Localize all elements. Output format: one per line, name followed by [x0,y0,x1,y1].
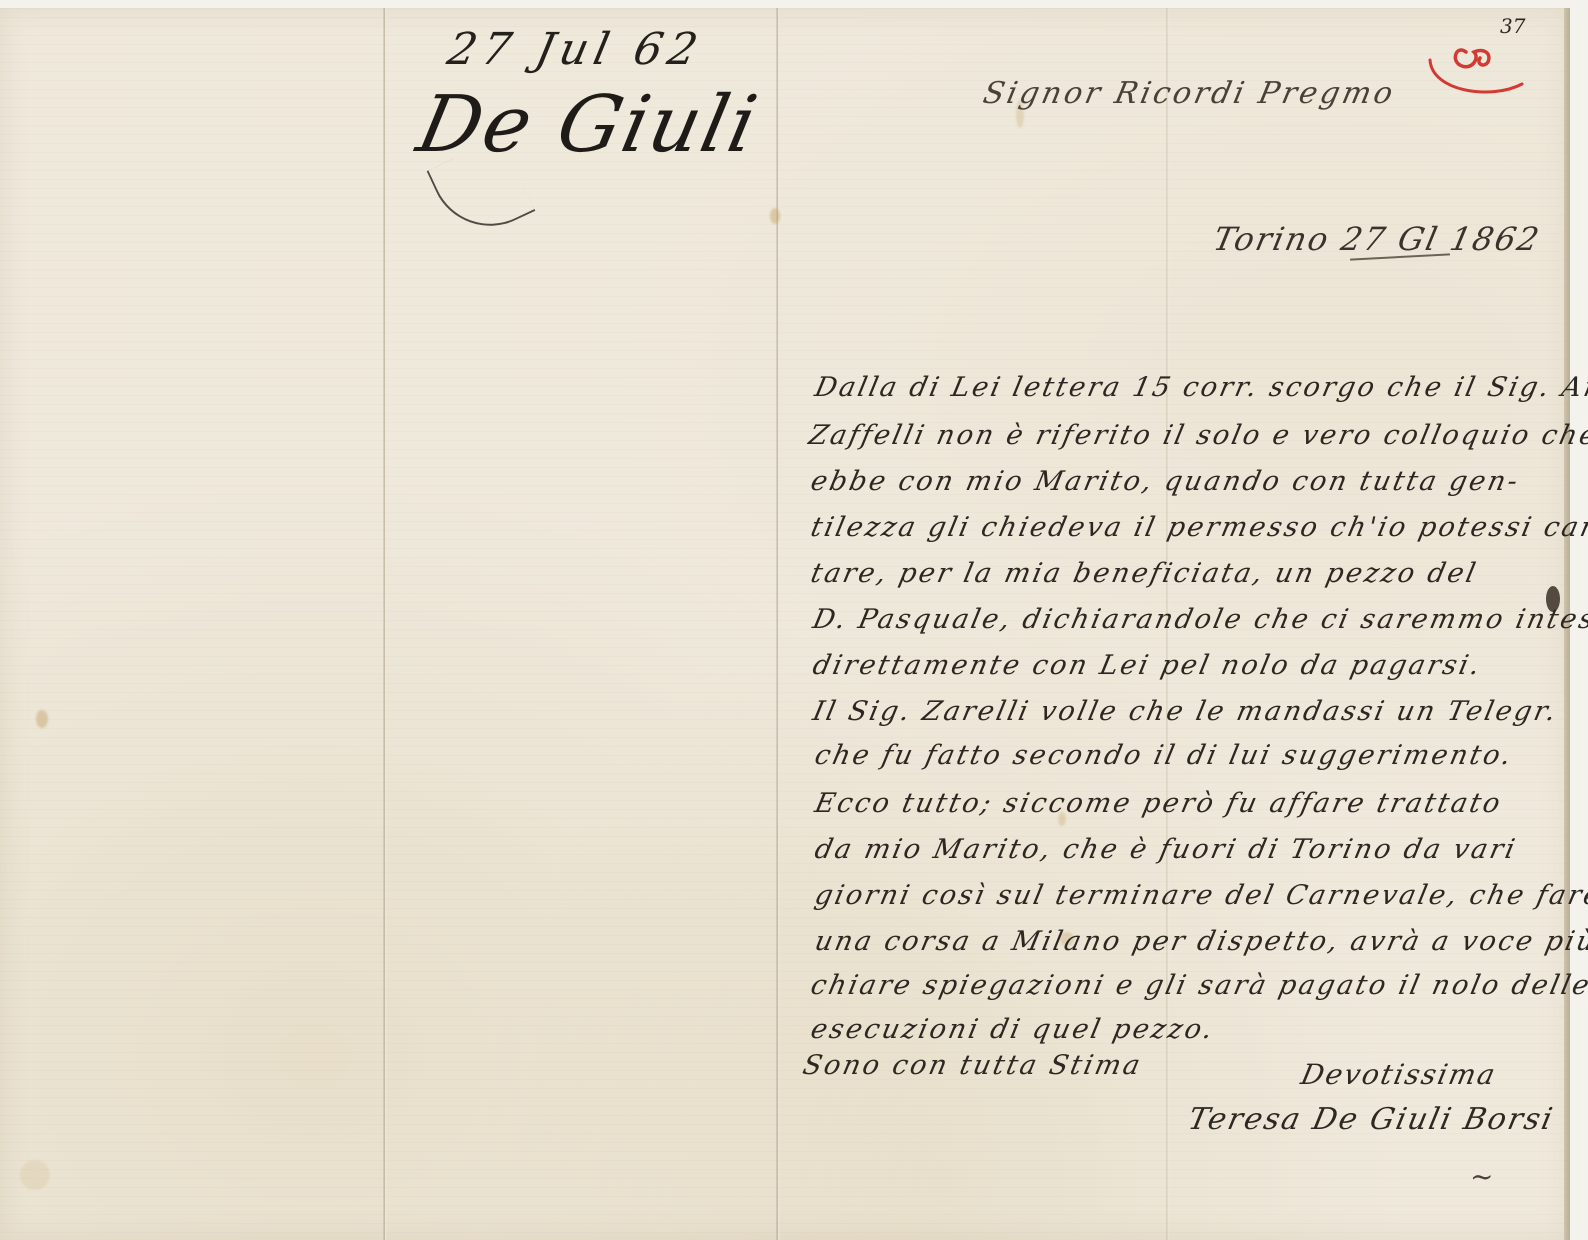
body-line: che fu fatto secondo il di lui suggerime… [812,740,1516,771]
signature-flourish: ~ [1470,1160,1493,1193]
foxing-stain [770,208,780,224]
archive-date-note: 27 Jul 62 [443,24,708,75]
fold-line [383,8,387,1240]
body-line: direttamente con Lei pel nolo da pagarsi… [810,650,1485,681]
body-line: esecuzioni di quel pezzo. [808,1014,1218,1045]
body-line: Dalla di Lei lettera 15 corr. scorgo che… [812,372,1588,403]
body-line: una corsa a Milano per dispetto, avrà a … [812,926,1588,957]
body-line: D. Pasquale, dichiarandole che ci saremm… [810,604,1588,635]
fold-line [776,8,780,1240]
place-and-date: Torino 27 Gl 1862 [1210,220,1544,258]
body-line: tare, per la mia beneficiata, un pezzo d… [808,558,1481,589]
valediction: Devotissima [1298,1058,1500,1091]
body-line: Ecco tutto; siccome però fu affare tratt… [812,788,1505,819]
body-line: Zaffelli non è riferito il solo e vero c… [806,420,1588,451]
archive-number: 37 [1500,14,1525,38]
body-line: da mio Marito, che è fuori di Torino da … [812,834,1520,865]
body-line: tilezza gli chiedeva il permesso ch'io p… [808,512,1588,543]
salutation: Signor Ricordi Pregmo [980,76,1399,111]
body-line: Il Sig. Zarelli volle che le mandassi un… [810,696,1561,727]
closing-line: Sono con tutta Stima [800,1050,1145,1081]
body-line: ebbe con mio Marito, quando con tutta ge… [808,466,1523,497]
foxing-stain [36,710,48,728]
signature: Teresa De Giuli Borsi [1185,1102,1557,1137]
body-line: chiare spiegazioni e gli sarà pagato il … [808,970,1588,1001]
body-line: giorni così sul terminare del Carnevale,… [812,880,1588,911]
foxing-stain [20,1160,50,1190]
